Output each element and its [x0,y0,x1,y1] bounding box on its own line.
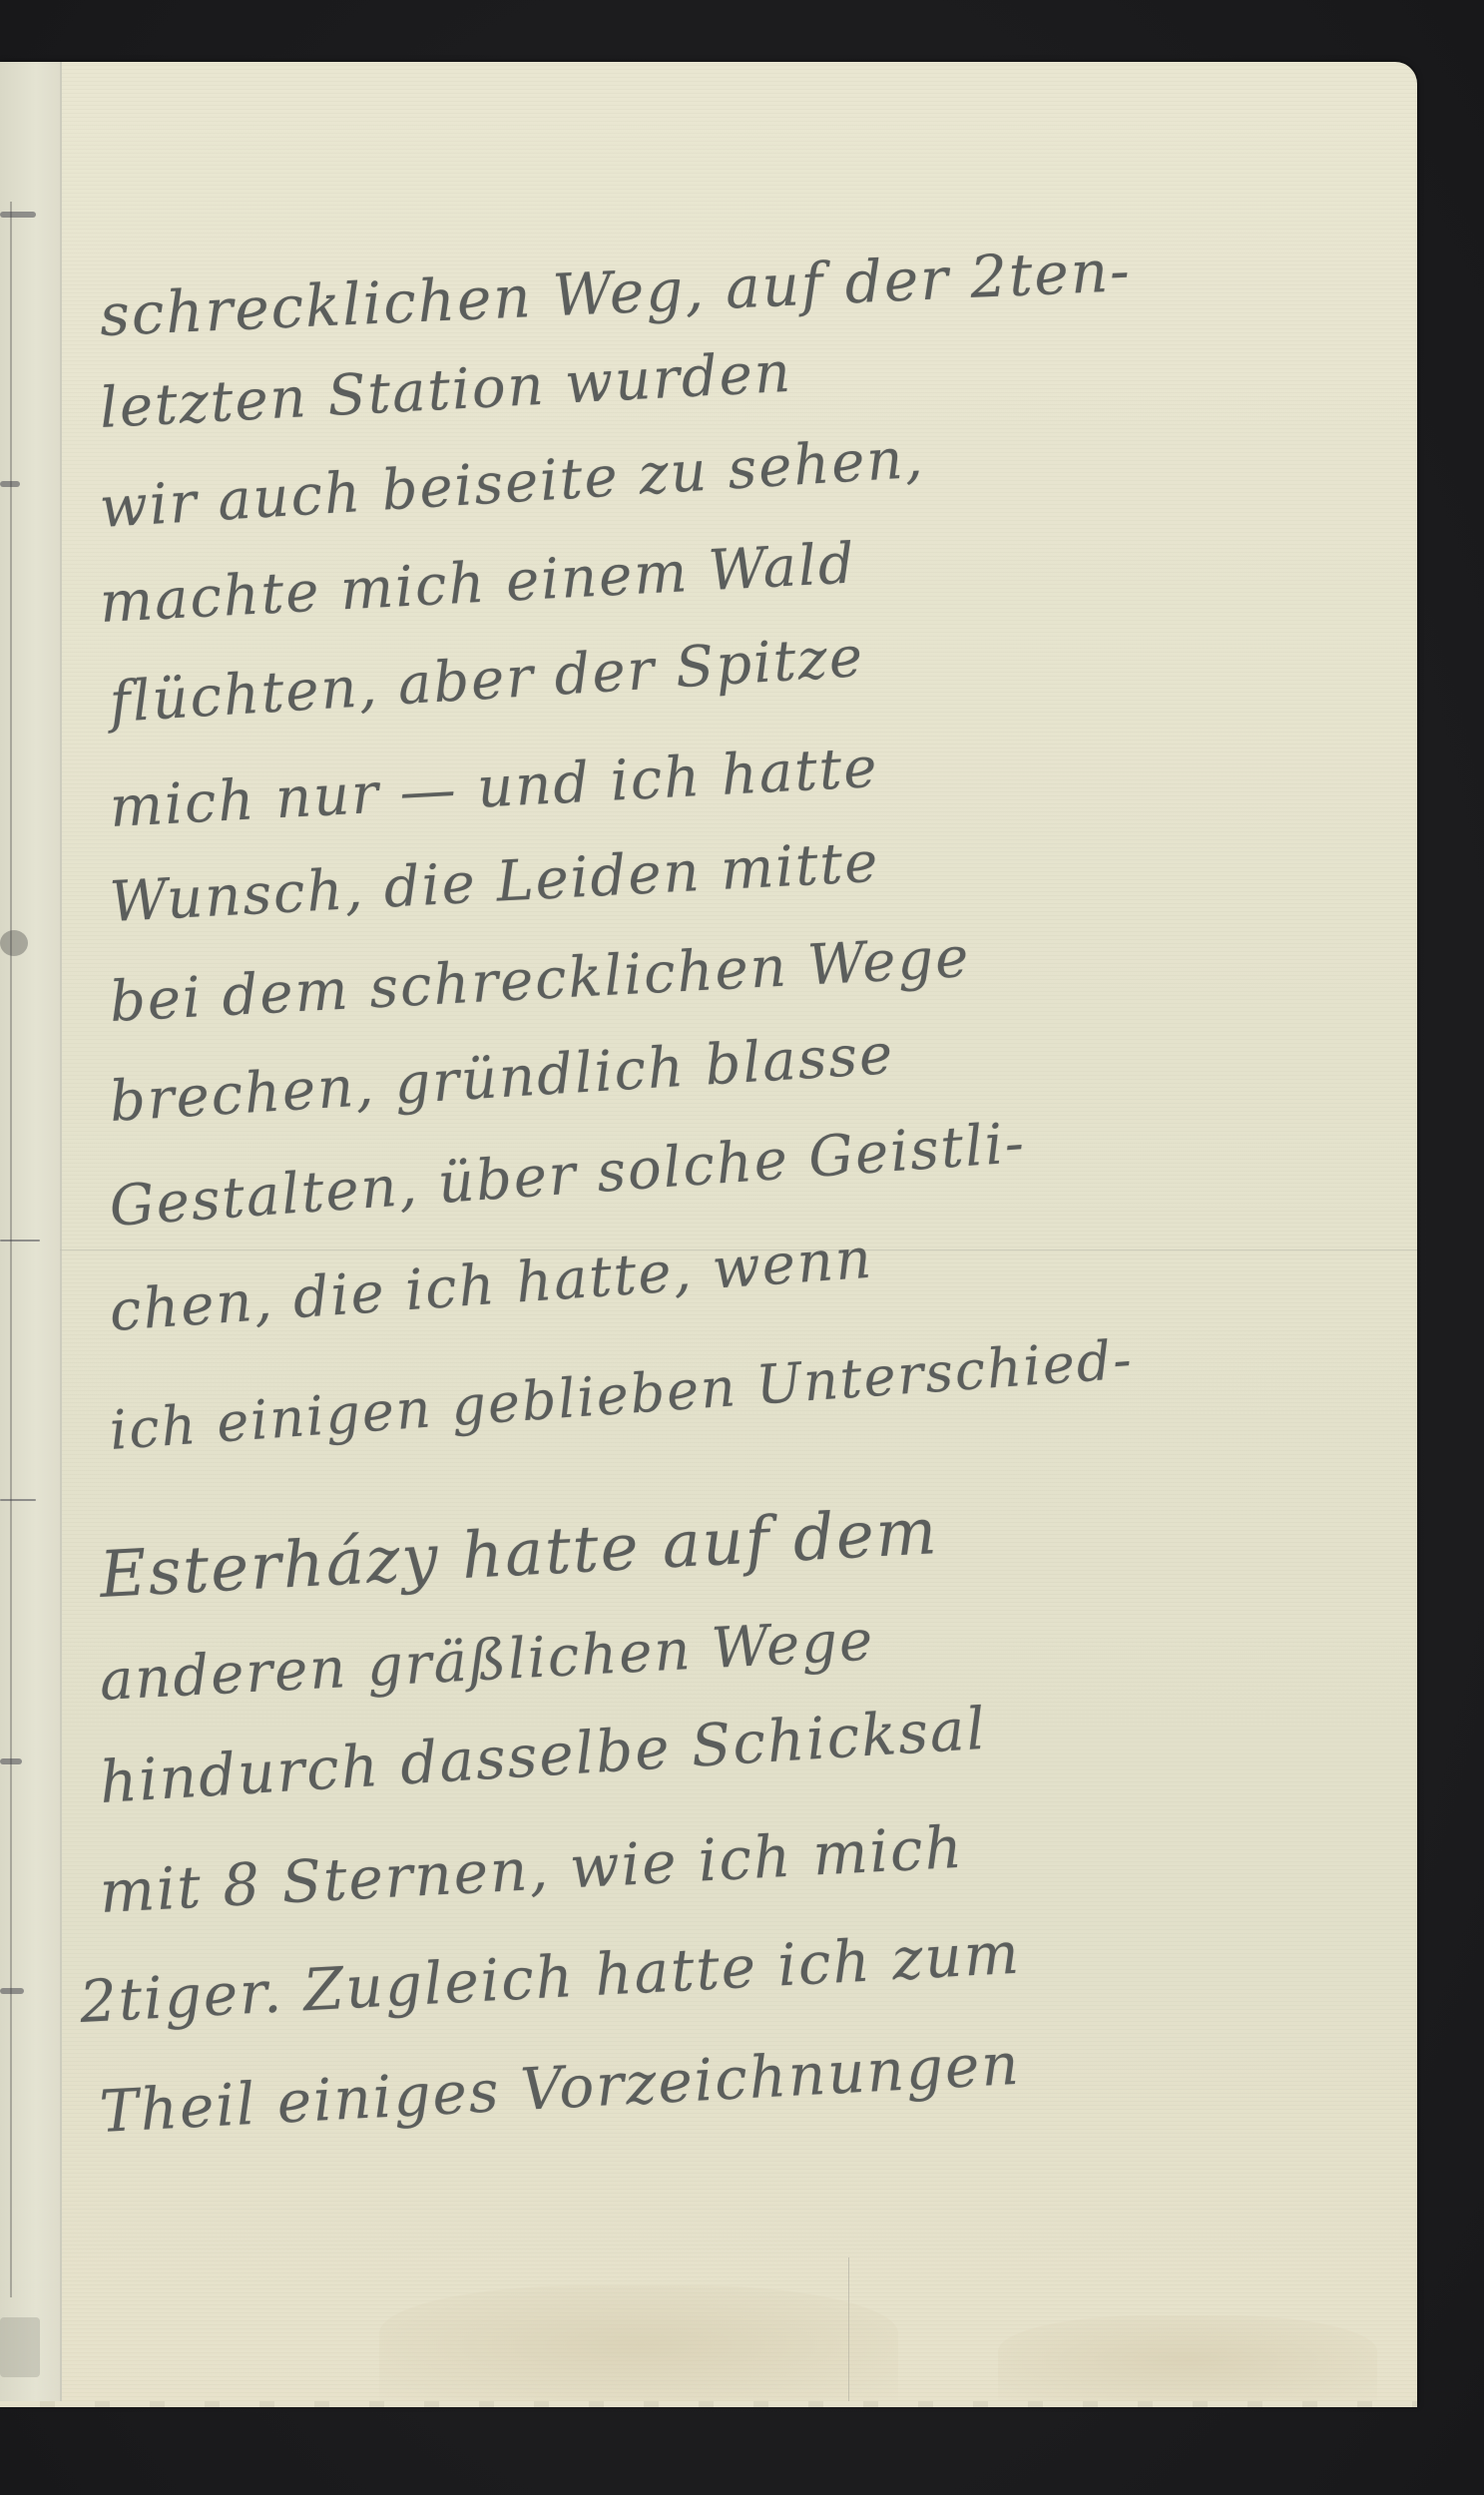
text-line: bei dem schrecklichen Wege [108,925,972,1035]
text-line: Wunsch, die Leiden mitte [108,830,880,935]
binding-mark [0,212,36,218]
binding-mark [0,1988,24,1994]
text-line: chen, die ich hatte, wenn [108,1227,875,1344]
binding-thread [10,202,12,2297]
text-line: Gestalten, über solche Geistli- [108,1111,1028,1240]
binding-mark [0,481,20,487]
text-line: Esterházy hatte auf dem [98,1495,940,1613]
text-line: hindurch dasselbe Schicksal [98,1695,989,1816]
binding-mark [0,2317,40,2377]
text-line: schrecklichen Weg, auf der 2ten- [99,237,1133,349]
text-line: mit 8 Sternen, wie ich mich [98,1813,965,1926]
binding-mark [0,1240,40,1242]
text-line: ich einigen geblieben Unterschied- [108,1327,1136,1462]
text-line: Theil einiges Vorzeichnungen [98,2030,1022,2146]
text-line: machte mich einem Wald [98,531,857,636]
binding-mark [0,1499,36,1501]
text-line: letzten Station wurden [98,340,793,441]
binding-mark [0,1758,22,1764]
text-line: 2tiger. Zugleich hatte ich zum [78,1919,1022,2036]
paper-stain [998,2315,1377,2405]
binding-mark [0,930,28,956]
binding-strip [0,62,62,2405]
manuscript-page: schrecklichen Weg, auf der 2ten- letzten… [0,62,1417,2405]
text-line: mich nur — und ich hatte [108,736,880,840]
text-line: wir auch beiseite zu sehen, [98,426,926,541]
text-line: anderen gräßlichen Wege [98,1608,875,1714]
text-line: brechen, gründlich blasse [108,1022,896,1135]
paper-stain [379,2285,898,2405]
text-line: flüchten, aber der Spitze [108,625,866,736]
torn-bottom-edge [0,2401,1417,2407]
